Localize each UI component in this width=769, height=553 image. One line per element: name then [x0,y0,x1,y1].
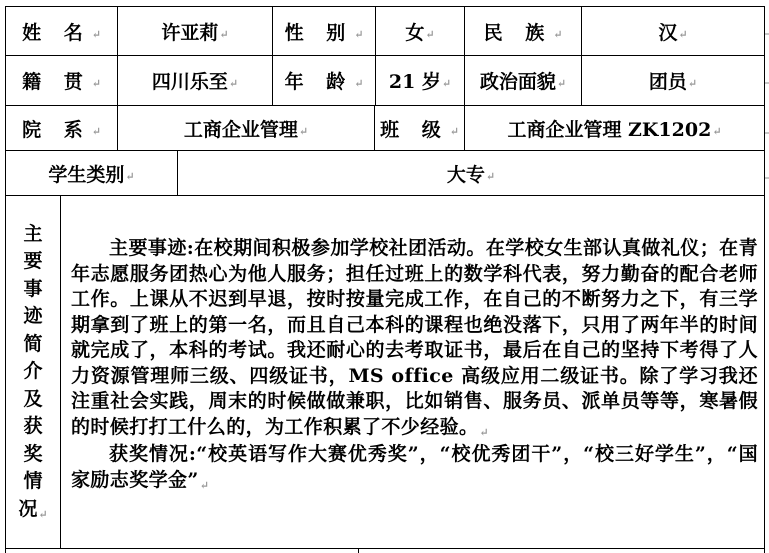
awards-text: 获奖情况:“校英语写作大赛优秀奖”，“校优秀团干”，“校三好学生”，“国家励志奖… [71,443,758,491]
hometown-value-cell[interactable]: 四川乐至↵ [117,55,273,106]
ethnicity-value-cell[interactable]: 汉↵ [581,6,765,56]
section-label-char: 及 [23,386,42,414]
political-label: 政治面貌 [480,67,556,94]
paragraph-mark-icon: ↵ [38,508,47,521]
class-label: 班 级 [380,115,449,142]
gender-value-cell[interactable]: 女↵ [375,6,465,56]
paragraph-mark-icon: ↵ [92,125,101,138]
name-label: 姓 名 [22,18,91,45]
age-label-cell: 年 龄↵ [272,55,376,106]
category-label-cell: 学生类别↵ [5,150,178,196]
ethnicity-value: 汉 [658,18,677,45]
paragraph-mark-icon: ↵ [678,28,687,41]
department-label: 院 系 [22,115,91,142]
gender-value: 女 [405,18,424,45]
section-label-char: 迹 [23,303,42,331]
achievements-paragraph: 主要事迹:在校期间积极参加学校社团活动。在学校女生部认真做礼仪；在青年志愿服务团… [71,236,758,442]
paragraph-mark-icon: ↵ [229,77,238,90]
department-value-cell[interactable]: 工商企业管理↵ [117,105,375,151]
political-value: 团员 [649,67,687,94]
class-label-cell: 班 级↵ [374,105,465,151]
paragraph-mark-icon: ↵ [442,77,451,90]
age-label: 年 龄 [285,67,354,94]
section-label-char: 获 [23,413,42,441]
category-value-cell[interactable]: 大专↵ [177,150,765,196]
class-value: 工商企业管理 ZK1202 [507,115,711,142]
hometown-value: 四川乐至 [152,67,228,94]
next-row-right-cell [358,548,765,553]
paragraph-mark-icon: ↵ [354,77,363,90]
section-label-char: 主 [23,221,42,249]
paragraph-mark-icon: ↵ [200,479,210,492]
paragraph-mark-icon: ↵ [557,77,566,90]
section-label-char: 情 [23,468,42,496]
ethnicity-label: 民 族 [484,18,553,45]
paragraph-mark-icon: ↵ [486,170,495,183]
name-value-cell[interactable]: 许亚莉↵ [117,6,273,56]
political-value-cell[interactable]: 团员↵ [581,55,765,106]
gender-label-cell: 性 别↵ [272,6,376,56]
section-label-char: 况 [18,498,37,520]
name-value: 许亚莉 [161,18,218,45]
name-label-cell: 姓 名↵ [5,6,118,56]
section-label-char: 简 [23,331,42,359]
paragraph-mark-icon: ↵ [712,125,721,138]
section-label-char: 事 [23,276,42,304]
department-label-cell: 院 系↵ [5,105,118,151]
paragraph-mark-icon: ↵ [125,170,134,183]
achievements-section-label: 主 要 事 迹 简 介 及 获 奖 情 况↵ [5,195,61,549]
political-label-cell: 政治面貌↵ [464,55,582,106]
paragraph-mark-icon: ↵ [425,28,434,41]
category-label: 学生类别 [48,160,124,187]
age-value: 21 岁 [389,67,441,94]
paragraph-mark-icon: ↵ [92,77,101,90]
paragraph-mark-icon: ↵ [219,28,228,41]
paragraph-mark-icon: ↵ [479,426,489,439]
age-value-cell[interactable]: 21 岁↵ [375,55,465,106]
class-value-cell[interactable]: 工商企业管理 ZK1202↵ [464,105,765,151]
hometown-label-cell: 籍 贯↵ [5,55,118,106]
paragraph-mark-icon: ↵ [92,28,101,41]
awards-paragraph: 获奖情况:“校英语写作大赛优秀奖”，“校优秀团干”，“校三好学生”，“国家励志奖… [71,442,758,495]
paragraph-mark-icon: ↵ [354,28,363,41]
hometown-label: 籍 贯 [22,67,91,94]
next-row-left-cell [5,548,359,553]
section-label-char: 介 [23,358,42,386]
ethnicity-label-cell: 民 族↵ [464,6,582,56]
paragraph-mark-icon: ↵ [553,28,562,41]
department-value: 工商企业管理 [184,115,298,142]
section-label-char: 奖 [23,441,42,469]
achievements-text: 主要事迹:在校期间积极参加学校社团活动。在学校女生部认真做礼仪；在青年志愿服务团… [71,237,758,438]
row-end-marker [765,33,769,35]
paragraph-mark-icon: ↵ [450,125,459,138]
paragraph-mark-icon: ↵ [688,77,697,90]
category-value: 大专 [447,160,485,187]
paragraph-mark-icon: ↵ [299,125,308,138]
section-label-char: 要 [23,248,42,276]
row-end-marker [765,132,769,134]
achievements-content-cell[interactable]: 主要事迹:在校期间积极参加学校社团活动。在学校女生部认真做礼仪；在青年志愿服务团… [60,195,765,549]
row-end-marker [765,177,769,179]
gender-label: 性 别 [285,18,354,45]
row-end-marker [765,82,769,84]
